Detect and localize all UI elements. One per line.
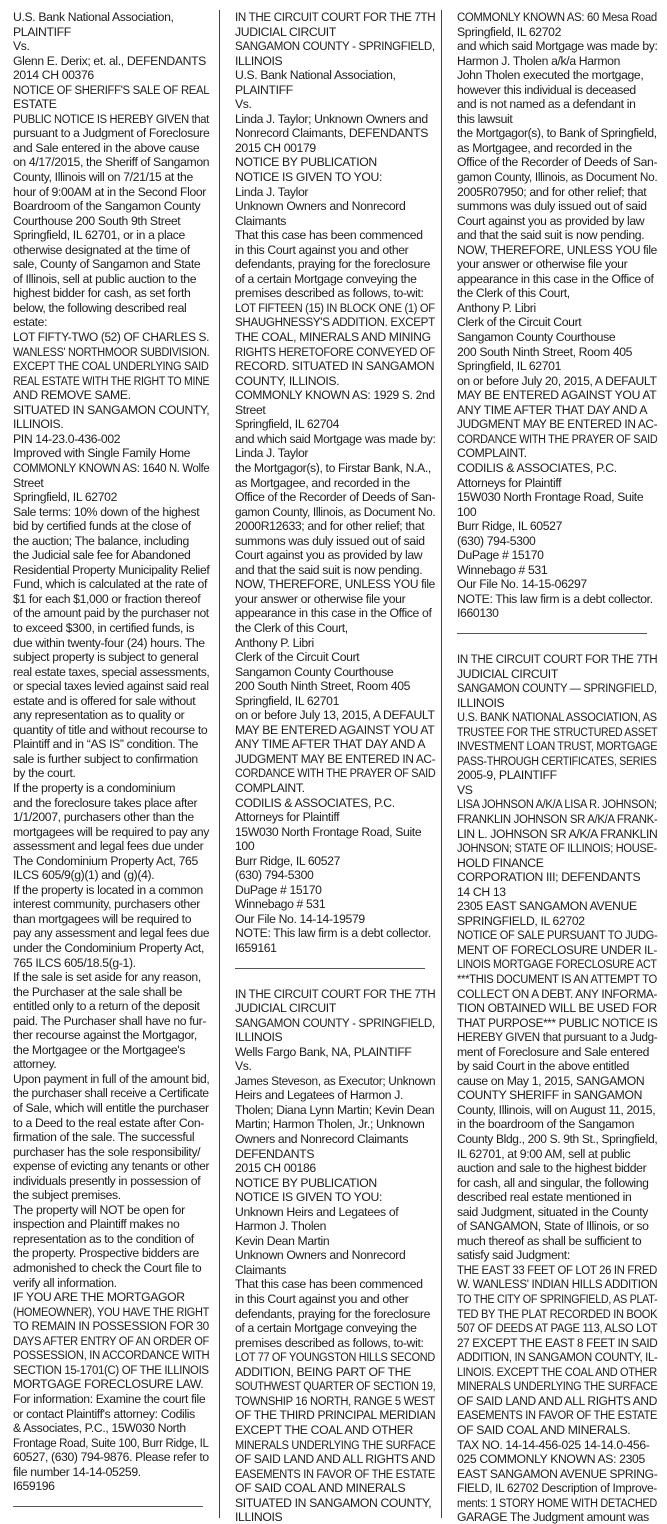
- notice-text-line: of the amount paid by the purchaser not: [13, 606, 203, 621]
- notice-text-line: COMMONLY KNOWN AS: 60 Mesa Road: [457, 10, 643, 25]
- notice-text-line: COUNTY SHERIFF in SANGAMON: [457, 1088, 657, 1103]
- notice-text-line: Court against you as provided by law: [235, 548, 435, 563]
- notice-text-line: by said Court in the above entitled: [457, 1059, 657, 1074]
- notice-text-line: Upon payment in full of the amount bid,: [13, 1072, 207, 1087]
- notice-text-line: and which said Mortgage was made by:: [457, 39, 656, 54]
- notice-text-line: expense of evicting any tenants or other: [13, 1159, 203, 1174]
- notice-text-line: ANY TIME AFTER THAT DAY AND A: [235, 737, 435, 752]
- notice-text-line: CODILIS & ASSOCIATES, P.C.: [457, 461, 657, 476]
- notice-text-line: 1/1/2007, purchasers other than the: [13, 810, 209, 825]
- notice-text-line: That this case has been commenced: [235, 1277, 435, 1292]
- notice-text-line: Linda J. Taylor: [235, 185, 435, 200]
- notice-text-line: much thereof as shall be sufficient to: [457, 1234, 657, 1249]
- notice-text-line: DuPage # 15170: [457, 548, 657, 563]
- notice-text-line: HEREBY GIVEN that pursuant to a Judg-: [457, 1030, 647, 1045]
- notice-text-line: GARAGE The Judgment amount was: [457, 1510, 657, 1524]
- notice-text-line: appearance in this case in the Office of: [457, 272, 657, 287]
- notice-text-line: JOHNSON; STATE OF ILLINOIS; HOUSE-: [457, 841, 639, 856]
- column-1: U.S. Bank National Association,PLAINTIFF…: [13, 10, 209, 1524]
- notice-text-line: Improved with Single Family Home: [13, 446, 209, 461]
- notice-text-line: RECORD. SITUATED IN SANGAMON: [235, 359, 435, 374]
- notice-text-line: and that the said suit is now pending.: [457, 228, 657, 243]
- notice-text-line: premises described as follows, to-wit:: [235, 286, 435, 301]
- notice-text-line: SANGAMON COUNTY — SPRINGFIELD,: [457, 681, 640, 696]
- notice-text-line: CORDANCE WITH THE PRAYER OF SAID: [457, 432, 635, 447]
- notice-text-line: your answer or otherwise file your: [235, 592, 435, 607]
- notice-text-line: EXCEPT THE COAL AND OTHER: [235, 1423, 435, 1438]
- notice-text-line: said Judgment, situated in the County: [457, 1205, 657, 1220]
- notice-text-line: 14 CH 13: [457, 885, 657, 900]
- notice-text-line: Anthony P. Libri: [457, 301, 657, 316]
- notice-text-line: ***THIS DOCUMENT IS AN ATTEMPT TO: [457, 972, 641, 987]
- notice-text-line: hour of 9:00AM at in the Second Floor: [13, 185, 209, 200]
- notice-text-line: County, Illinois will on 7/21/15 at the: [13, 170, 209, 185]
- notice-text-line: FIELD, IL 62702 Description of Improve-: [457, 1481, 653, 1496]
- notice-text-line: for cash, all and singular, the followin…: [457, 1176, 657, 1191]
- notice-text-line: Winnebago # 531: [457, 563, 657, 578]
- legal-notice: IN THE CIRCUIT COURT FOR THE 7THJUDICIAL…: [235, 987, 435, 1524]
- notice-text-line: representation as to the condition of: [13, 1232, 209, 1247]
- notice-text-line: described real estate mentioned in: [457, 1190, 657, 1205]
- notice-text-line: TO REMAIN IN POSSESSION FOR 30: [13, 1319, 203, 1334]
- notice-text-line: 60527, (630) 794-9876. Please refer to: [13, 1450, 208, 1465]
- notice-text-line: the Clerk of this Court,: [235, 621, 435, 636]
- notice-text-line: LISA JOHNSON A/K/A LISA R. JOHNSON;: [457, 797, 638, 812]
- notice-text-line: quantity of title and without recourse t…: [13, 723, 209, 738]
- notice-text-line: the property. Prospective bidders are: [13, 1246, 209, 1261]
- notice-text-line: verify all information.: [13, 1276, 209, 1291]
- notice-text-line: any representation as to quality or: [13, 708, 209, 723]
- notice-text-line: TED BY THE PLAT RECORDED IN BOOK: [457, 1307, 639, 1322]
- notice-text-line: County Bldg., 200 S. 9th St., Springfiel…: [457, 1132, 654, 1147]
- notice-text-line: EASEMENTS IN FAVOR OF THE ESTATE: [457, 1408, 639, 1423]
- notice-text-line: Unknown Owners and Nonrecord: [235, 1248, 435, 1263]
- notice-text-line: ESTATE: [13, 97, 209, 112]
- notice-text-line: Winnebago # 531: [235, 897, 435, 912]
- notice-text-line: SHAUGHNESSY'S ADDITION. EXCEPT: [235, 315, 425, 330]
- notice-text-line: this lawsuit: [457, 112, 657, 127]
- notice-text-line: the Judicial sale fee for Abandoned: [13, 548, 209, 563]
- notice-text-line: Attorneys for Plaintiff: [457, 476, 657, 491]
- notice-separator-rule: [13, 1506, 203, 1507]
- notice-text-line: pay any assessment and legal fees due: [13, 926, 204, 941]
- notice-text-line: ILLINOIS: [457, 696, 657, 711]
- notice-text-line: to exceed $300, in certified funds, is: [13, 621, 209, 636]
- notice-text-line: Our File No. 14-15-06297: [457, 577, 657, 592]
- notice-text-line: PASS-THROUGH CERTIFICATES, SERIES: [457, 754, 632, 769]
- notice-text-line: Attorneys for Plaintiff: [235, 810, 435, 825]
- notice-text-line: LINOIS MORTGAGE FORECLOSURE ACT: [457, 957, 633, 972]
- notice-text-line: Linda J. Taylor; Unknown Owners and: [235, 112, 435, 127]
- notice-text-line: JUDICIAL CIRCUIT: [235, 25, 435, 40]
- notice-text-line: 200 South Ninth Street, Room 405: [235, 679, 435, 694]
- notice-text-line: SPRINGFIELD, IL 62702: [457, 914, 657, 929]
- notice-text-line: and that the said suit is now pending.: [235, 563, 435, 578]
- notice-text-line: If the sale is set aside for any reason,: [13, 970, 209, 985]
- notice-text-line: bid by certified funds at the close of: [13, 519, 209, 534]
- notice-text-line: Glenn E. Derix; et. al., DEFENDANTS: [13, 54, 209, 69]
- notice-text-line: IN THE CIRCUIT COURT FOR THE 7TH: [235, 987, 425, 1002]
- notice-text-line: sale, County of Sangamon and State: [13, 257, 209, 272]
- notice-text-line: POSSESSION, IN ACCORDANCE WITH: [13, 1348, 194, 1363]
- notice-text-line: Office of the Recorder of Deeds of San-: [235, 490, 435, 505]
- notice-text-line: ment of Foreclosure and Sale entered: [457, 1045, 657, 1060]
- notice-text-line: John Tholen executed the mortgage,: [457, 68, 657, 83]
- notice-text-line: CODILIS & ASSOCIATES, P.C.: [235, 796, 435, 811]
- notice-text-line: ADDITION, BEING PART OF THE: [235, 1365, 435, 1380]
- notice-text-line: OF SAID LAND AND ALL RIGHTS AND: [457, 1394, 653, 1409]
- column-2: IN THE CIRCUIT COURT FOR THE 7THJUDICIAL…: [235, 10, 435, 1524]
- notice-text-line: Anthony P. Libri: [235, 636, 435, 651]
- notice-text-line: Burr Ridge, IL 60527: [457, 519, 657, 534]
- notice-text-line: in the boardroom of the Sangamon: [457, 1117, 657, 1132]
- notice-text-line: WANLESS' NORTHMOOR SUBDIVISION.: [13, 345, 188, 360]
- notice-text-line: TO THE CITY OF SPRINGFIELD, AS PLAT-: [457, 1292, 634, 1307]
- notice-text-line: (HOMEOWNER), YOU HAVE THE RIGHT: [13, 1305, 189, 1320]
- notice-text-line: NOW, THEREFORE, UNLESS YOU file: [457, 243, 653, 258]
- notice-text-line: Sangamon County Courthouse: [235, 665, 435, 680]
- notice-text-line: Boardroom of the Sangamon County: [13, 199, 209, 214]
- notice-text-line: JUDGMENT MAY BE ENTERED IN AC-: [457, 417, 651, 432]
- notice-text-line: COLLECT ON A DEBT. ANY INFORMA-: [457, 987, 651, 1002]
- notice-text-line: OF SAID COAL AND MINERALS.: [457, 1423, 657, 1438]
- notice-text-line: Sangamon County Courthouse: [457, 330, 657, 345]
- notice-text-line: INVESTMENT LOAN TRUST, MORTGAGE: [457, 739, 636, 754]
- notice-text-line: the subject premises.: [13, 1188, 209, 1203]
- notice-text-line: (630) 794-5300: [235, 868, 435, 883]
- notice-text-line: Vs.: [13, 39, 209, 54]
- notice-text-line: entitled only to a return of the deposit: [13, 999, 209, 1014]
- notice-text-line: Burr Ridge, IL 60527: [235, 854, 435, 869]
- notice-text-line: MORTGAGE FORECLOSURE LAW.: [13, 1377, 209, 1392]
- notice-text-line: James Steveson, as Executor; Unknown: [235, 1074, 429, 1089]
- notice-text-line: on or before July 20, 2015, A DEFAULT: [457, 374, 657, 389]
- notice-text-line: Frontage Road, Suite 100, Burr Ridge, IL: [13, 1436, 198, 1451]
- notice-text-line: premises described as follows, to-wit:: [235, 1336, 435, 1351]
- notice-text-line: The property will NOT be open for: [13, 1203, 209, 1218]
- notice-text-line: JUDICIAL CIRCUIT: [457, 667, 657, 682]
- notice-text-line: ILLINOIS: [235, 1030, 435, 1045]
- notice-text-line: W. WANLESS' INDIAN HILLS ADDITION: [457, 1277, 647, 1292]
- notice-text-line: U.S. BANK NATIONAL ASSOCIATION, AS: [457, 710, 640, 725]
- notice-text-line: HOLD FINANCE: [457, 856, 657, 871]
- notice-text-line: mortgagees will be required to pay any: [13, 825, 209, 840]
- notice-text-line: the Mortgagor(s), to Bank of Springfield…: [457, 126, 655, 141]
- notice-text-line: VS: [457, 783, 657, 798]
- notice-text-line: NOTICE IS GIVEN TO YOU:: [235, 1190, 435, 1205]
- notice-text-line: paid. The Purchaser shall have no fur-: [13, 1014, 209, 1029]
- notice-text-line: LOT FIFTY-TWO (52) OF CHARLES S.: [13, 330, 203, 345]
- notice-text-line: however this individual is deceased: [457, 83, 657, 98]
- notice-text-line: assessment and legal fees due under: [13, 839, 209, 854]
- notice-text-line: AND REMOVE SAME.: [13, 388, 209, 403]
- notice-text-line: NOTE: This law firm is a debt collector.: [457, 592, 657, 607]
- notice-text-line: attorney.: [13, 1057, 209, 1072]
- notice-text-line: EXCEPT THE COAL UNDERLYING SAID: [13, 359, 191, 374]
- notice-text-line: Our File No. 14-14-19579: [235, 912, 435, 927]
- notice-text-line: by the court.: [13, 766, 209, 781]
- notice-text-line: I660130: [457, 606, 657, 621]
- notice-text-line: SANGAMON COUNTY - SPRINGFIELD,: [235, 1016, 425, 1031]
- notice-text-line: If the property is located in a common: [13, 883, 209, 898]
- notice-text-line: TAX NO. 14-14-456-025 14-14.0-456-: [457, 1438, 657, 1453]
- notice-text-line: 2305 EAST SANGAMON AVENUE: [457, 899, 657, 914]
- notice-text-line: I659196: [13, 1479, 209, 1494]
- notice-text-line: IN THE CIRCUIT COURT FOR THE 7TH: [235, 10, 425, 25]
- notice-text-line: Springfield, IL 62701: [457, 359, 657, 374]
- notice-text-line: of Sale, which will entitle the purchase…: [13, 1101, 209, 1116]
- notice-text-line: LIN L. JOHNSON SR A/K/A FRANKLIN: [457, 827, 656, 842]
- notice-text-line: CORDANCE WITH THE PRAYER OF SAID: [235, 766, 413, 781]
- notice-text-line: Springfield, IL 62702: [457, 25, 657, 40]
- notice-text-line: PUBLIC NOTICE IS HEREBY GIVEN that: [13, 112, 192, 127]
- notice-text-line: due within twenty-four (24) hours. The: [13, 636, 209, 651]
- notice-text-line: MAY BE ENTERED AGAINST YOU AT: [235, 723, 435, 738]
- notice-text-line: Harmon J. Tholen a/k/a Harmon: [457, 54, 657, 69]
- notice-text-line: FRANKLIN JOHNSON SR A/K/A FRANK-: [457, 812, 644, 827]
- notice-text-line: 100: [235, 839, 435, 854]
- legal-notice: U.S. Bank National Association,PLAINTIFF…: [13, 10, 209, 1494]
- notice-text-line: the purchaser shall receive a Certificat…: [13, 1086, 205, 1101]
- notice-text-line: otherwise designated at the time of: [13, 243, 209, 258]
- notice-text-line: NOTICE OF SALE PURSUANT TO JUDG-: [457, 928, 639, 943]
- notice-text-line: Residential Property Municipality Relief: [13, 563, 208, 578]
- notice-text-line: TION OBTAINED WILL BE USED FOR: [457, 1001, 656, 1016]
- column-divider: [219, 10, 220, 1518]
- notice-text-line: Clerk of the Circuit Court: [457, 315, 657, 330]
- notice-text-line: summons was duly issued out of said: [457, 199, 657, 214]
- legal-notice: COMMONLY KNOWN AS: 60 Mesa RoadSpringfie…: [457, 10, 657, 621]
- notice-text-line: and the foreclosure takes place after: [13, 796, 209, 811]
- notice-text-line: MINERALS UNDERLYING THE SURFACE: [235, 1438, 415, 1453]
- notice-text-line: file number 14-14-05259.: [13, 1465, 209, 1480]
- notice-text-line: than mortgagees will be required to: [13, 912, 209, 927]
- notice-text-line: 025 COMMONLY KNOWN AS: 2305: [457, 1452, 657, 1467]
- notice-text-line: Street: [235, 403, 435, 418]
- notice-text-line: the Clerk of this Court,: [457, 286, 657, 301]
- notice-text-line: $1 for each $1,000 or fraction thereof: [13, 592, 209, 607]
- notice-text-line: IN THE CIRCUIT COURT FOR THE 7TH: [457, 652, 647, 667]
- notice-text-line: NOTE: This law firm is a debt collector.: [235, 926, 435, 941]
- notice-text-line: IL 62701, at 9:00 AM, sell at public: [457, 1147, 657, 1162]
- notice-text-line: real estate taxes, special assessments,: [13, 665, 207, 680]
- notice-text-line: 507 OF DEEDS AT PAGE 113, ALSO LOT: [457, 1321, 642, 1336]
- notice-text-line: Owners and Nonrecord Claimants: [235, 1132, 435, 1147]
- notice-text-line: TOWNSHIP 16 NORTH, RANGE 5 WEST: [235, 1394, 419, 1409]
- notice-text-line: Claimants: [235, 214, 435, 229]
- notice-text-line: Court against you as provided by law: [457, 214, 657, 229]
- notice-text-line: Heirs and Legatees of Harmon J.: [235, 1088, 435, 1103]
- notice-text-line: Springfield, IL 62701, or in a place: [13, 228, 209, 243]
- column-divider: [441, 10, 442, 1518]
- notice-text-line: the Mortgagor(s), to Firstar Bank, N.A.,: [235, 461, 435, 476]
- notice-text-line: County, Illinois, will on August 11, 201…: [457, 1103, 657, 1118]
- notice-text-line: NOTICE IS GIVEN TO YOU:: [235, 170, 435, 185]
- notice-text-line: estate and is offered for sale without: [13, 694, 209, 709]
- notice-text-line: SITUATED IN SANGAMON COUNTY,: [235, 1496, 435, 1511]
- notice-text-line: & Associates, P.C., 15W030 North: [13, 1421, 209, 1436]
- notice-text-line: the auction; The balance, including: [13, 534, 209, 549]
- notice-text-line: OF THE THIRD PRINCIPAL MERIDIAN: [235, 1408, 432, 1423]
- notice-text-line: THAT PURPOSE*** PUBLIC NOTICE IS: [457, 1016, 649, 1031]
- notice-text-line: EAST SANGAMON AVENUE SPRING-: [457, 1467, 655, 1482]
- notice-text-line: RIGHTS HERETOFORE CONVEYED OF: [235, 345, 420, 360]
- notice-text-line: DEFENDANTS: [235, 1147, 435, 1162]
- notice-text-line: TRUSTEE FOR THE STRUCTURED ASSET: [457, 725, 629, 740]
- notice-text-line: Fund, which is calculated at the rate of: [13, 577, 209, 592]
- notice-text-line: SANGAMON COUNTY - SPRINGFIELD,: [235, 39, 425, 54]
- notice-text-line: COMPLAINT.: [457, 446, 657, 461]
- notice-text-line: Sale terms: 10% down of the highest: [13, 505, 209, 520]
- notice-text-line: interest community, purchasers other: [13, 897, 209, 912]
- notice-text-line: of a certain Mortgage conveying the: [235, 1321, 435, 1336]
- notice-text-line: Harmon J. Tholen: [235, 1219, 435, 1234]
- notice-text-line: ments: 1 STORY HOME WITH DETACHED: [457, 1496, 636, 1511]
- notice-text-line: Vs.: [235, 97, 435, 112]
- notice-text-line: Street: [13, 476, 209, 491]
- notice-text-line: Springfield, IL 62701: [235, 694, 435, 709]
- notice-text-line: COMMONLY KNOWN AS: 1929 S. 2nd: [235, 388, 433, 403]
- notice-text-line: Wells Fargo Bank, NA, PLAINTIFF: [235, 1045, 435, 1060]
- notice-text-line: Clerk of the Circuit Court: [235, 650, 435, 665]
- notice-text-line: DAYS AFTER ENTRY OF AN ORDER OF: [13, 1334, 191, 1349]
- notice-text-line: individuals presently in possession of: [13, 1174, 209, 1189]
- notice-text-line: Martin; Harmon Tholen, Jr.; Unknown: [235, 1117, 435, 1132]
- notice-text-line: purchaser has the sole responsibility/: [13, 1145, 209, 1160]
- notice-text-line: DuPage # 15170: [235, 883, 435, 898]
- notice-text-line: That this case has been commenced: [235, 228, 435, 243]
- notice-separator-rule: [457, 633, 647, 634]
- notice-text-line: as Mortgagee, and recorded in the: [457, 141, 657, 156]
- notice-text-line: COMMONLY KNOWN AS: 1640 N. Wolfe: [13, 461, 194, 476]
- notice-text-line: ILCS 605/9(g)(1) and (g)(4).: [13, 868, 209, 883]
- notice-text-line: PLAINTIFF: [13, 25, 209, 40]
- notice-text-line: NOTICE BY PUBLICATION: [235, 155, 435, 170]
- notice-text-line: of Illinois, sell at public auction to t…: [13, 272, 209, 287]
- notice-text-line: ther recourse against the Mortgagor,: [13, 1028, 209, 1043]
- notice-text-line: sale is further subject to confirmation: [13, 752, 209, 767]
- notice-text-line: If the property is a condominium: [13, 781, 209, 796]
- notice-text-line: THE COAL, MINERALS AND MINING: [235, 330, 435, 345]
- notice-text-line: appearance in this case in the Office of: [235, 606, 435, 621]
- notice-text-line: Office of the Recorder of Deeds of San-: [457, 155, 657, 170]
- notice-text-line: LOT 77 OF YOUNGSTON HILLS SECOND: [235, 1350, 414, 1365]
- notice-text-line: COMPLAINT.: [235, 781, 435, 796]
- notice-text-line: Springfield, IL 62704: [235, 417, 435, 432]
- notice-text-line: under the Condominium Property Act,: [13, 941, 209, 956]
- notice-text-line: 2015 CH 00186: [235, 1161, 435, 1176]
- notice-text-line: MINERALS UNDERLYING THE SURFACE: [457, 1379, 637, 1394]
- notice-text-line: PLAINTIFF: [235, 83, 435, 98]
- notice-text-line: summons was duly issued out of said: [235, 534, 435, 549]
- notice-text-line: the Mortgagee or the Mortgagee's: [13, 1043, 209, 1058]
- notice-text-line: gamon County, Illinois, as Document No.: [235, 505, 429, 520]
- notice-text-line: Unknown Heirs and Legatees of: [235, 1205, 435, 1220]
- notice-text-line: on 4/17/2015, the Sheriff of Sangamon: [13, 155, 209, 170]
- notice-text-line: PIN 14-23.0-436-002: [13, 432, 209, 447]
- notice-text-line: MAY BE ENTERED AGAINST YOU AT: [457, 388, 657, 403]
- notice-text-line: and is not named as a defendant in: [457, 97, 657, 112]
- notice-text-line: Linda J. Taylor: [235, 446, 435, 461]
- notice-text-line: REAL ESTATE WITH THE RIGHT TO MINE: [13, 374, 184, 389]
- notice-text-line: 2005R07950; and for other relief; that: [457, 185, 657, 200]
- notice-text-line: Unknown Owners and Nonrecord: [235, 199, 435, 214]
- notice-text-line: estate:: [13, 315, 209, 330]
- notice-text-line: NOTICE OF SHERIFF'S SALE OF REAL: [13, 83, 195, 98]
- notice-text-line: ILLINOIS: [235, 54, 435, 69]
- notice-text-line: LINOIS. EXCEPT THE COAL AND OTHER: [457, 1365, 637, 1380]
- notice-text-line: pursuant to a Judgment of Foreclosure: [13, 126, 209, 141]
- notice-text-line: or special taxes levied against said rea…: [13, 679, 207, 694]
- notice-text-line: satisfy said Judgment:: [457, 1248, 657, 1263]
- notice-text-line: I659161: [235, 941, 435, 956]
- notice-separator-rule: [235, 968, 425, 969]
- notice-text-line: THE EAST 33 FEET OF LOT 26 IN FRED: [457, 1263, 643, 1278]
- notice-text-line: JUDICIAL CIRCUIT: [235, 1001, 435, 1016]
- notice-text-line: auction and sale to the highest bidder: [457, 1161, 657, 1176]
- notice-text-line: EASEMENTS IN FAVOR OF THE ESTATE: [235, 1467, 417, 1482]
- notice-text-line: as Mortgagee, and recorded in the: [235, 476, 435, 491]
- notice-text-line: Tholen; Diana Lynn Martin; Kevin Dean: [235, 1103, 435, 1118]
- notice-text-line: the Purchaser at the sale shall be: [13, 985, 209, 1000]
- notice-text-line: Springfield, IL 62702: [13, 490, 209, 505]
- notice-text-line: below, the following described real: [13, 301, 209, 316]
- notice-text-line: 100: [457, 505, 657, 520]
- notice-text-line: firmation of the sale. The successful: [13, 1130, 209, 1145]
- notice-text-line: Claimants: [235, 1263, 435, 1278]
- legal-notice: IN THE CIRCUIT COURT FOR THE 7THJUDICIAL…: [235, 10, 435, 956]
- notice-text-line: on or before July 13, 2015, A DEFAULT: [235, 708, 435, 723]
- notice-text-line: in this Court against you and other: [235, 243, 435, 258]
- notice-text-line: 15W030 North Frontage Road, Suite: [457, 490, 657, 505]
- notice-text-line: defendants, praying for the foreclosure: [235, 1307, 435, 1322]
- notice-text-line: LOT FIFTEEN (15) IN BLOCK ONE (1) OF: [235, 301, 418, 316]
- notice-text-line: The Condominium Property Act, 765: [13, 854, 209, 869]
- notice-text-line: For information: Examine the court file: [13, 1392, 209, 1407]
- notice-text-line: OF SAID COAL AND MINERALS: [235, 1481, 435, 1496]
- notice-text-line: NOTICE BY PUBLICATION: [235, 1176, 435, 1191]
- notice-text-line: 200 South Ninth Street, Room 405: [457, 345, 657, 360]
- notice-text-line: 2014 CH 00376: [13, 68, 209, 83]
- notice-text-line: Courthouse 200 South 9th Street: [13, 214, 209, 229]
- legal-notice: IN THE CIRCUIT COURT FOR THE 7THJUDICIAL…: [457, 652, 657, 1524]
- notice-text-line: Plaintiff and in “AS IS” condition. The: [13, 737, 209, 752]
- notice-text-line: (630) 794-5300: [457, 534, 657, 549]
- notice-text-line: U.S. Bank National Association,: [235, 68, 435, 83]
- notice-text-line: and which said Mortgage was made by:: [235, 432, 434, 447]
- notice-text-line: CORPORATION III; DEFENDANTS: [457, 870, 657, 885]
- notice-text-line: cause on May 1, 2015, SANGAMON: [457, 1074, 657, 1089]
- notice-text-line: 2005-9, PLAINTIFF: [457, 768, 657, 783]
- notice-text-line: inspection and Plaintiff makes no: [13, 1217, 209, 1232]
- notice-text-line: of a certain Mortgage conveying the: [235, 272, 435, 287]
- notice-text-line: IF YOU ARE THE MORTGAGOR: [13, 1290, 209, 1305]
- notice-text-line: subject property is subject to general: [13, 650, 209, 665]
- notice-text-line: SITUATED IN SANGAMON COUNTY,: [13, 403, 209, 418]
- notice-text-line: your answer or otherwise file your: [457, 257, 657, 272]
- notice-text-line: of SANGAMON, State of Illinois, or so: [457, 1219, 657, 1234]
- notice-text-line: or contact Plaintiff's attorney: Codilis: [13, 1407, 209, 1422]
- notice-text-line: Kevin Dean Martin: [235, 1234, 435, 1249]
- notice-text-line: ANY TIME AFTER THAT DAY AND A: [457, 403, 657, 418]
- notice-text-line: 15W030 North Frontage Road, Suite: [235, 825, 435, 840]
- notice-text-line: OF SAID LAND AND ALL RIGHTS AND: [235, 1452, 431, 1467]
- column-3: COMMONLY KNOWN AS: 60 Mesa RoadSpringfie…: [457, 10, 657, 1524]
- notice-text-line: admonished to check the Court file to: [13, 1261, 209, 1276]
- notice-text-line: NOW, THEREFORE, UNLESS YOU file: [235, 577, 431, 592]
- notice-text-line: highest bidder for cash, as set forth: [13, 286, 209, 301]
- notice-text-line: gamon County, Illinois, as Document No.: [457, 170, 651, 185]
